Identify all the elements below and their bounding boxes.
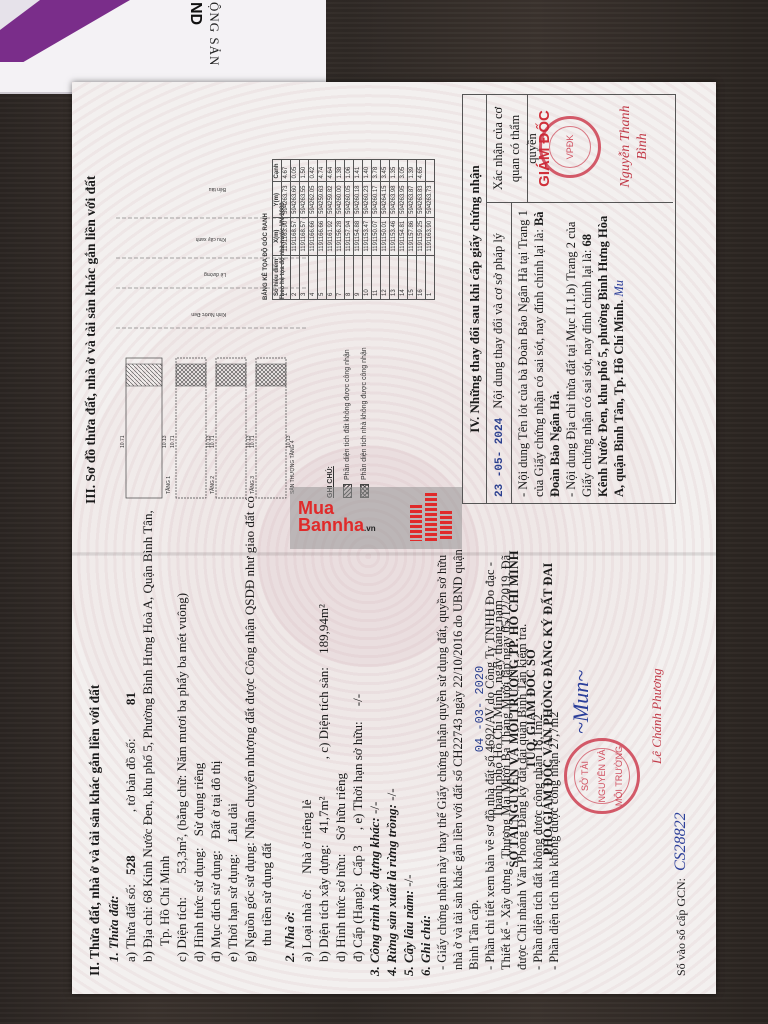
parcel-row: a) Thửa đất số: 528 , tờ bản đồ số: 81 [122, 536, 139, 976]
term-value: Lâu dài [225, 803, 240, 842]
coord-cell: 3.05 [399, 160, 408, 182]
buildings-icon [410, 493, 452, 541]
watermark-suffix: .vn [364, 524, 376, 533]
house-type-value: Nhà ở riêng lẻ [299, 799, 314, 873]
legend-title: GHI CHÚ: [322, 347, 339, 498]
coord-cell: 1.38 [336, 160, 345, 182]
forest-value: -/- [384, 788, 399, 800]
coord-header: Số hiệu điểm [273, 255, 282, 299]
coord-cell: 1.35 [390, 160, 399, 182]
section-4-columns: 23 -05- 2024 Nội dung thay đổi và cơ sở … [487, 95, 673, 503]
coord-cell: 1191166.66 [309, 217, 318, 255]
changes-header: 23 -05- 2024 Nội dung thay đổi và cơ sở … [487, 203, 512, 503]
note-line: - Giấy chứng nhận này thay thế Giấy chứn… [434, 536, 450, 976]
built-area-value: 41,7m² [316, 796, 331, 833]
svg-text:SÂN THƯỢNG TẦNG 4: SÂN THƯỢNG TẦNG 4 [289, 440, 296, 494]
coord-cell: 16 [417, 255, 426, 299]
coord-cell: 8 [345, 255, 354, 299]
purpose-row: đ) Mục đích sử dụng: Đất ở tại đô thị [207, 536, 224, 976]
building-bar [425, 493, 437, 541]
issue-date-stamp: 04 -03- 2020 [472, 534, 489, 884]
coord-cell: 1.40 [363, 160, 372, 182]
coord-cell: 1191156.28 [336, 217, 345, 255]
table-row: 21191168.57594263.600.05 [291, 160, 300, 300]
coord-cell: 1.50 [300, 160, 309, 182]
house-type-row: a) Loại nhà ở: Nhà ở riêng lẻ [298, 536, 315, 976]
perennial-label: 5. Cây lâu năm: [401, 890, 416, 976]
brochure: ND ỘNG SẢN [0, 0, 326, 94]
origin-row: g) Nguồn gốc sử dụng: Nhận chuyển nhượng… [241, 536, 258, 976]
coord-cell: 4.65 [417, 160, 426, 182]
coord-cell: 1191166.66 [318, 217, 327, 255]
coord-cell: 594263.60 [291, 182, 300, 217]
change-2-text: - Nội dung Địa chỉ thửa đất tại Mục II.1… [564, 222, 594, 497]
page-2: II. Thửa đất, nhà ở và tài sản khác gắn … [72, 524, 716, 994]
land-certificate: II. Thửa đất, nhà ở và tài sản khác gắn … [72, 82, 716, 994]
svg-text:TẦNG 2: TẦNG 2 [209, 476, 216, 494]
origin-label: g) Nguồn gốc sử dụng: [242, 842, 257, 962]
place-line: Thành phố Hồ Chí Minh, ngày tháng năm [489, 534, 506, 884]
signature-scribble: ~Mun~ [572, 670, 589, 734]
use-form-value: Sử dụng riêng [191, 763, 206, 837]
change-1-text: - Nội dung Tên lót của bà Đoàn Bảo Ngân … [516, 210, 546, 497]
coord-cell: 15 [408, 255, 417, 299]
department-line: SỞ TÀI NGUYÊN VÀ MÔI TRƯỜNG TP. HỒ CHÍ M… [506, 534, 523, 884]
table-row: 51191166.66594259.634.74 [318, 160, 327, 300]
table-row: 61191161.92594259.824.64 [327, 160, 336, 300]
coord-cell: 594263.55 [300, 182, 309, 217]
table-row: 11191163.90594263.734.67 [282, 160, 291, 300]
table-row: 41191166.66594262.050.42 [309, 160, 318, 300]
coord-cell: 594259.63 [318, 182, 327, 217]
coord-cell: 12 [381, 255, 390, 299]
coord-cell: 594260.17 [372, 182, 381, 217]
office-seal-icon: VPĐK [539, 116, 601, 178]
brochure-subtitle: ỘNG SẢN [206, 2, 222, 66]
coord-cell: 1191168.57 [291, 217, 300, 255]
built-area-label: b) Diện tích xây dựng: [316, 844, 331, 962]
house-type-label: a) Loại nhà ở: [299, 889, 314, 962]
svg-text:Bến tàu: Bến tàu [209, 186, 226, 192]
svg-text:TẦNG 3: TẦNG 3 [249, 476, 256, 494]
perennial-value: -/- [401, 875, 416, 887]
coord-cell: 594260.18 [354, 182, 363, 217]
floor-area-label: , c) Diện tích sàn: [316, 667, 331, 759]
coord-cell: 7 [336, 255, 345, 299]
coord-cell: 3.45 [381, 160, 390, 182]
map-sheet-label: , tờ bản đồ số: [123, 738, 138, 812]
coord-cell: 14 [399, 255, 408, 299]
coord-cell: 594263.95 [399, 182, 408, 217]
house-heading: 2. Nhà ở: [281, 536, 298, 976]
coord-cell: 1191159.25 [417, 217, 426, 255]
coord-cell [426, 160, 435, 182]
table-row: 121191150.01594264.153.45 [381, 160, 390, 300]
purpose-value: Đất ở tại đô thị [208, 761, 223, 839]
coord-cell: 1.41 [354, 160, 363, 182]
coord-cell: 594262.05 [309, 182, 318, 217]
floor-area-value: 189,94m² [316, 604, 331, 654]
coord-cell: 594263.98 [390, 182, 399, 217]
table-row: 31191168.57594263.551.50 [300, 160, 309, 300]
coord-cell: 9 [354, 255, 363, 299]
other-works-row: 3. Công trình xây dựng khác: -/- [366, 536, 383, 976]
signer-name: Lê Chánh Phương [648, 668, 665, 764]
brochure-brand: ND [186, 2, 204, 25]
built-area-row: b) Diện tích xây dựng: 41,7m² , c) Diện … [315, 536, 332, 976]
section-4-changes-table: IV. Những thay đổi sau khi cấp giấy chứn… [462, 94, 676, 504]
mua-ban-nha-watermark: Mua Bannha.vn [290, 487, 462, 549]
coord-header: Y(m) [273, 182, 282, 217]
grade-label: đ) Cấp (Hạng): [350, 883, 365, 962]
note-line: nhà ở và tài sản khác gắn liền với đất s… [450, 536, 466, 976]
coord-cell: 1191163.90 [426, 217, 435, 255]
registry-value: CS28822 [672, 812, 689, 871]
registry-number: Số vào sổ cấp GCN: CS28822 [672, 812, 690, 976]
signature-block: 04 -03- 2020 Thành phố Hồ Chí Minh, ngày… [472, 534, 557, 884]
coord-cell: 594263.73 [426, 182, 435, 217]
changes-column: 23 -05- 2024 Nội dung thay đổi và cơ sở … [487, 202, 673, 503]
watermark-line-2: Bannha [298, 515, 364, 535]
approval-header: Xác nhận của cơ quan có thẩm quyền [487, 95, 528, 202]
own-term-label: , e) Thời hạn sở hữu: [350, 721, 365, 830]
changes-header-text: Nội dung thay đổi và cơ sở pháp lý [491, 233, 505, 409]
coord-cell: 594260.23 [363, 182, 372, 217]
coord-cell: 594260.00 [336, 182, 345, 217]
coord-cell: 594259.82 [327, 182, 336, 217]
site-plan-diagram: SÂN THƯỢNG TẦNG 410.7110.13TẦNG 310.7110… [106, 82, 316, 518]
area-row: c) Diện tích: 53,3m², (bằng chữ: Năm mươ… [173, 536, 190, 976]
table-row: 111191150.07594260.173.78 [372, 160, 381, 300]
coord-cell: 1191168.57 [300, 217, 309, 255]
origin-value-2: thu tiền sử dụng đất [258, 536, 275, 976]
other-works-label: 3. Công trình xây dựng khác: [367, 817, 382, 976]
parcel-value: 528 [123, 855, 138, 875]
building-bar [410, 505, 422, 541]
change-date: 23 -05- 2024 [494, 418, 506, 497]
section-3: III. Sơ đồ thửa đất, nhà ở và tài sản kh… [82, 82, 99, 518]
coord-cell: 11 [372, 255, 381, 299]
coord-cell: 1191153.47 [363, 217, 372, 255]
forest-row: 4. Rừng sản xuất là rừng trồng: -/- [383, 536, 400, 976]
table-row: 161191159.25594263.834.65 [417, 160, 426, 300]
table-row: 151191157.86594263.871.39 [408, 160, 417, 300]
term-row: e) Thời hạn sử dụng: Lâu dài [224, 536, 241, 976]
coord-cell: 6 [327, 255, 336, 299]
coord-cell: 594263.87 [408, 182, 417, 217]
address-value-2: Tp. Hồ Chí Minh [156, 536, 173, 976]
notes-heading: 6. Ghi chú: [417, 536, 434, 976]
coord-cell: 2 [291, 255, 300, 299]
coord-cell: 1191157.94 [345, 217, 354, 255]
svg-text:10.71: 10.71 [120, 435, 126, 448]
coord-cell: 1191163.90 [282, 217, 291, 255]
change-item-2: - Nội dung Địa chỉ thửa đất tại Mục II.1… [563, 209, 627, 497]
table-row: 141191154.81594263.953.05 [399, 160, 408, 300]
grade-value: Cấp 3 [350, 845, 365, 876]
coord-cell: 10 [363, 255, 372, 299]
coord-cell: 1 [282, 255, 291, 299]
coord-cell: 594263.73 [282, 182, 291, 217]
other-works-value: -/- [367, 802, 382, 814]
section-4-title: IV. Những thay đổi sau khi cấp giấy chứn… [463, 95, 487, 503]
svg-text:10.13: 10.13 [206, 435, 212, 448]
area-value: 53,3m², (bằng chữ: Năm mươi ba phẩy ba m… [174, 593, 189, 874]
coord-cell: 3.78 [372, 160, 381, 182]
initials-scribble: Mu [612, 280, 626, 297]
section-3-title: III. Sơ đồ thửa đất, nhà ở và tài sản kh… [82, 82, 99, 518]
legend-item-land: Phần diện tích đất không được công nhận [339, 347, 356, 498]
coord-cell: 1.06 [345, 160, 354, 182]
map-sheet-value: 81 [123, 692, 138, 705]
purpose-label: đ) Mục đích sử dụng: [208, 850, 223, 962]
svg-text:TẦNG 1: TẦNG 1 [165, 476, 172, 494]
watermark-logo-text: Mua Bannha.vn [298, 500, 376, 537]
table-row: 91191154.88594260.181.41 [354, 160, 363, 300]
approval-column: Xác nhận của cơ quan có thẩm quyền GIÁM … [487, 95, 673, 202]
ownership-label: d) Hình thức sở hữu: [333, 854, 348, 962]
area-label: c) Diện tích: [174, 897, 189, 962]
svg-text:10.13: 10.13 [246, 435, 252, 448]
coord-cell: 1191161.92 [327, 217, 336, 255]
address-row: b) Địa chỉ: 68 Kinh Nước Đen, khu phố 5,… [139, 536, 156, 976]
coord-cell: 1191150.01 [381, 217, 390, 255]
origin-value: Nhận chuyển nhượng đất được Công nhận QS… [242, 496, 257, 839]
coord-cell: 4.74 [318, 160, 327, 182]
changes-body: - Nội dung Tên lót của bà Đoàn Bảo Ngân … [512, 203, 630, 503]
coord-cell: 594264.15 [381, 182, 390, 217]
term-label: e) Thời hạn sử dụng: [225, 854, 240, 962]
coordinate-table: Số hiệu điểmX(m)Y(m)Cạnh11191163.9059426… [272, 159, 435, 300]
table-row: 71191156.28594260.001.38 [336, 160, 345, 300]
coord-cell: 4.67 [282, 160, 291, 182]
red-seal-icon: SỞ TÀI NGUYÊN VÀ MÔI TRƯỜNG [564, 738, 640, 814]
coord-cell: 4.64 [327, 160, 336, 182]
table-row: 11191163.90594263.73 [426, 160, 435, 300]
coord-cell: 1191150.07 [372, 217, 381, 255]
coord-cell: 3 [300, 255, 309, 299]
coord-cell: 0.05 [291, 160, 300, 182]
section-2-title: II. Thửa đất, nhà ở và tài sản khác gắn … [86, 536, 103, 976]
table-row: 131191153.46594263.981.35 [390, 160, 399, 300]
legend-house-text: Phần diện tích nhà không được công nhận [361, 347, 368, 480]
legend-land-text: Phần diện tích đất không được công nhận [344, 349, 351, 480]
coord-cell: 594263.83 [417, 182, 426, 217]
coord-cell: 0.42 [309, 160, 318, 182]
coord-cell: 1.39 [408, 160, 417, 182]
signer-title-line: PHÓ GIÁM ĐỐC VĂN PHÒNG ĐĂNG KÝ ĐẤT ĐAI [540, 534, 557, 884]
svg-text:Khu cây xanh: Khu cây xanh [195, 236, 226, 242]
ownership-row: d) Hình thức sở hữu: Sở hữu riêng [332, 536, 349, 976]
use-form-row: d) Hình thức sử dụng: Sử dụng riêng [190, 536, 207, 976]
coord-cell: 1191157.86 [408, 217, 417, 255]
authority-line: TUQ. GIÁM ĐỐC SỞ [523, 534, 540, 884]
forest-label: 4. Rừng sản xuất là rừng trồng: [384, 804, 399, 976]
coord-header: Cạnh [273, 160, 282, 182]
registry-label: Số vào sổ cấp GCN: [674, 878, 688, 976]
coord-cell: 13 [390, 255, 399, 299]
svg-text:10.13: 10.13 [162, 435, 168, 448]
own-term-value: -/- [350, 694, 365, 706]
address-value: 68 Kinh Nước Đen, khu phố 5, Phường Bình… [140, 510, 155, 903]
ownership-value: Sở hữu riêng [333, 773, 348, 840]
svg-text:Lề đường: Lề đường [204, 271, 226, 277]
legend-item-house: Phần diện tích nhà không được công nhận [356, 347, 373, 498]
change-item-1: - Nội dung Tên lót của bà Đoàn Bảo Ngân … [515, 209, 563, 497]
seal-text: SỞ TÀI NGUYÊN VÀ MÔI TRƯỜNG [577, 741, 628, 811]
coord-cell: 1191154.81 [399, 217, 408, 255]
svg-text:10.13: 10.13 [286, 435, 292, 448]
coord-header: X(m) [273, 217, 282, 255]
parcel-label: a) Thửa đất số: [123, 884, 138, 962]
use-form-label: d) Hình thức sử dụng: [191, 848, 206, 962]
coord-cell: 1191154.88 [354, 217, 363, 255]
grade-row: đ) Cấp (Hạng): Cấp 3 , e) Thời hạn sở hữ… [349, 536, 366, 976]
perennial-row: 5. Cây lâu năm: -/- [400, 536, 417, 976]
coord-cell: 594260.05 [345, 182, 354, 217]
building-bar [440, 511, 452, 541]
svg-text:Kinh Nước Đen: Kinh Nước Đen [191, 311, 226, 317]
table-row: 101191153.47594260.231.40 [363, 160, 372, 300]
coord-cell: 1191153.46 [390, 217, 399, 255]
address-label: b) Địa chỉ: [140, 906, 155, 962]
land-heading: 1. Thửa đất: [105, 536, 122, 976]
table-row: 81191157.94594260.051.06 [345, 160, 354, 300]
diagram-legend: GHI CHÚ: Phần diện tích đất không được c… [322, 347, 373, 498]
page-3: III. Sơ đồ thửa đất, nhà ở và tài sản kh… [72, 82, 716, 518]
coord-cell: 1 [426, 255, 435, 299]
coord-cell: 4 [309, 255, 318, 299]
approver-name: Nguyễn Thanh Bình [617, 95, 651, 198]
svg-text:10.71: 10.71 [170, 435, 176, 448]
coord-cell: 5 [318, 255, 327, 299]
